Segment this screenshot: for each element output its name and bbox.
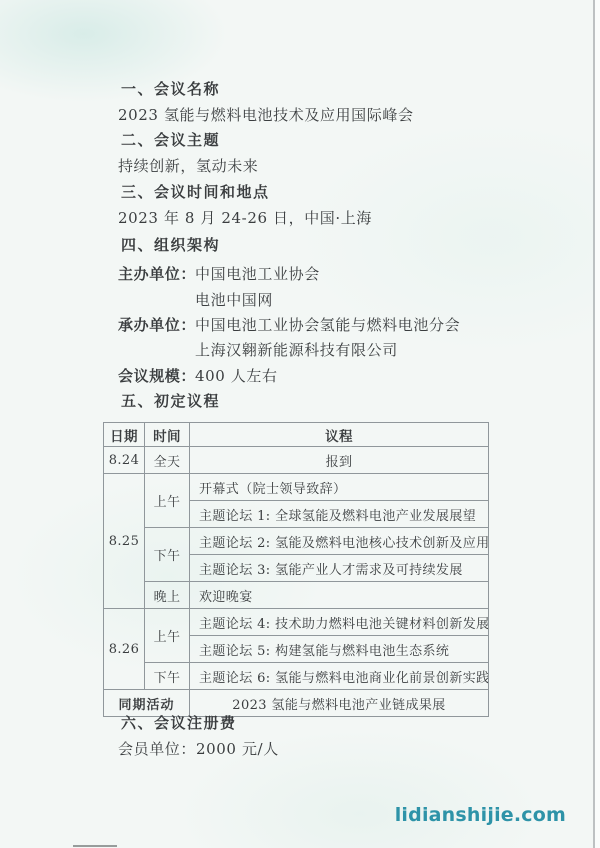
host-value-1: 中国电池工业协会 [195, 267, 320, 282]
agenda-row: 8.24 全天 报到 [104, 447, 489, 474]
host-label: 主办单位： [118, 267, 196, 282]
scan-edge-line [593, 0, 595, 848]
agenda-item-opening: 开幕式（院士领导致辞） [190, 474, 489, 501]
section-1-body: 2023 氢能与燃料电池技术及应用国际峰会 [118, 108, 414, 123]
agenda-item-forum3: 主题论坛 3: 氢能产业人才需求及可持续发展 [190, 555, 489, 582]
section-6-heading: 六、会议注册费 [121, 716, 237, 731]
section-1-heading: 一、会议名称 [121, 82, 220, 97]
agenda-time-afternoon-825: 下午 [145, 528, 190, 582]
section-4-heading: 四、组织架构 [121, 238, 220, 253]
watermark: lidianshijie.com [395, 806, 566, 825]
agenda-item-forum5: 主题论坛 5: 构建氢能与燃料电池生态系统 [190, 636, 489, 663]
agenda-row: 晚上 欢迎晚宴 [104, 582, 489, 609]
registration-fee-line: 会员单位：2000 元/人 [118, 742, 279, 757]
scan-edge-strip [595, 0, 600, 848]
scale-label: 会议规模： [118, 369, 196, 384]
agenda-date-824: 8.24 [104, 447, 145, 474]
scan-bottom-mark [73, 845, 117, 847]
agenda-header-time: 时间 [145, 423, 190, 447]
agenda-item-forum6: 主题论坛 6: 氢能与燃料电池商业化前景创新实践 [190, 663, 489, 690]
agenda-time-morning-826: 上午 [145, 609, 190, 663]
section-3-body: 2023 年 8 月 24-26 日，中国·上海 [118, 211, 372, 226]
agenda-time-afternoon-826: 下午 [145, 663, 190, 690]
section-2-body: 持续创新，氢动未来 [118, 159, 258, 174]
agenda-row: 下午 主题论坛 6: 氢能与燃料电池商业化前景创新实践 [104, 663, 489, 690]
agenda-date-826: 8.26 [104, 609, 145, 690]
agenda-header-agenda: 议程 [190, 423, 489, 447]
agenda-item-expo: 2023 氢能与燃料电池产业链成果展 [190, 690, 489, 717]
organizer-label: 承办单位： [118, 318, 196, 333]
agenda-item-forum2: 主题论坛 2: 氢能及燃料电池核心技术创新及应用 [190, 528, 489, 555]
agenda-time-morning-825: 上午 [145, 474, 190, 528]
agenda-header-row: 日期 时间 议程 [104, 423, 489, 447]
organizer-value-1: 中国电池工业协会氢能与燃料电池分会 [195, 318, 460, 333]
host-value-2: 电池中国网 [195, 293, 273, 308]
section-5-heading: 五、初定议程 [121, 394, 220, 409]
scale-value: 400 人左右 [195, 369, 278, 384]
agenda-row: 下午 主题论坛 2: 氢能及燃料电池核心技术创新及应用 [104, 528, 489, 555]
agenda-time-evening-825: 晚上 [145, 582, 190, 609]
agenda-table: 日期 时间 议程 8.24 全天 报到 8.25 上午 开幕式（院士领导致辞） … [103, 422, 489, 717]
section-3-heading: 三、会议时间和地点 [121, 185, 270, 200]
agenda-time-allday: 全天 [145, 447, 190, 474]
agenda-row: 8.26 上午 主题论坛 4: 技术助力燃料电池关键材料创新发展 [104, 609, 489, 636]
agenda-row: 8.25 上午 开幕式（院士领导致辞） [104, 474, 489, 501]
agenda-header-date: 日期 [104, 423, 145, 447]
organizer-value-2: 上海汉翱新能源科技有限公司 [195, 343, 398, 358]
agenda-item-forum1: 主题论坛 1: 全球氢能及燃料电池产业发展展望 [190, 501, 489, 528]
agenda-item-banquet: 欢迎晚宴 [190, 582, 489, 609]
agenda-item-checkin: 报到 [190, 447, 489, 474]
agenda-label-concurrent: 同期活动 [104, 690, 190, 717]
agenda-date-825: 8.25 [104, 474, 145, 609]
section-2-heading: 二、会议主题 [121, 133, 220, 148]
scanned-document-page: 一、会议名称 2023 氢能与燃料电池技术及应用国际峰会 二、会议主题 持续创新… [0, 0, 600, 848]
agenda-row: 同期活动 2023 氢能与燃料电池产业链成果展 [104, 690, 489, 717]
agenda-item-forum4: 主题论坛 4: 技术助力燃料电池关键材料创新发展 [190, 609, 489, 636]
